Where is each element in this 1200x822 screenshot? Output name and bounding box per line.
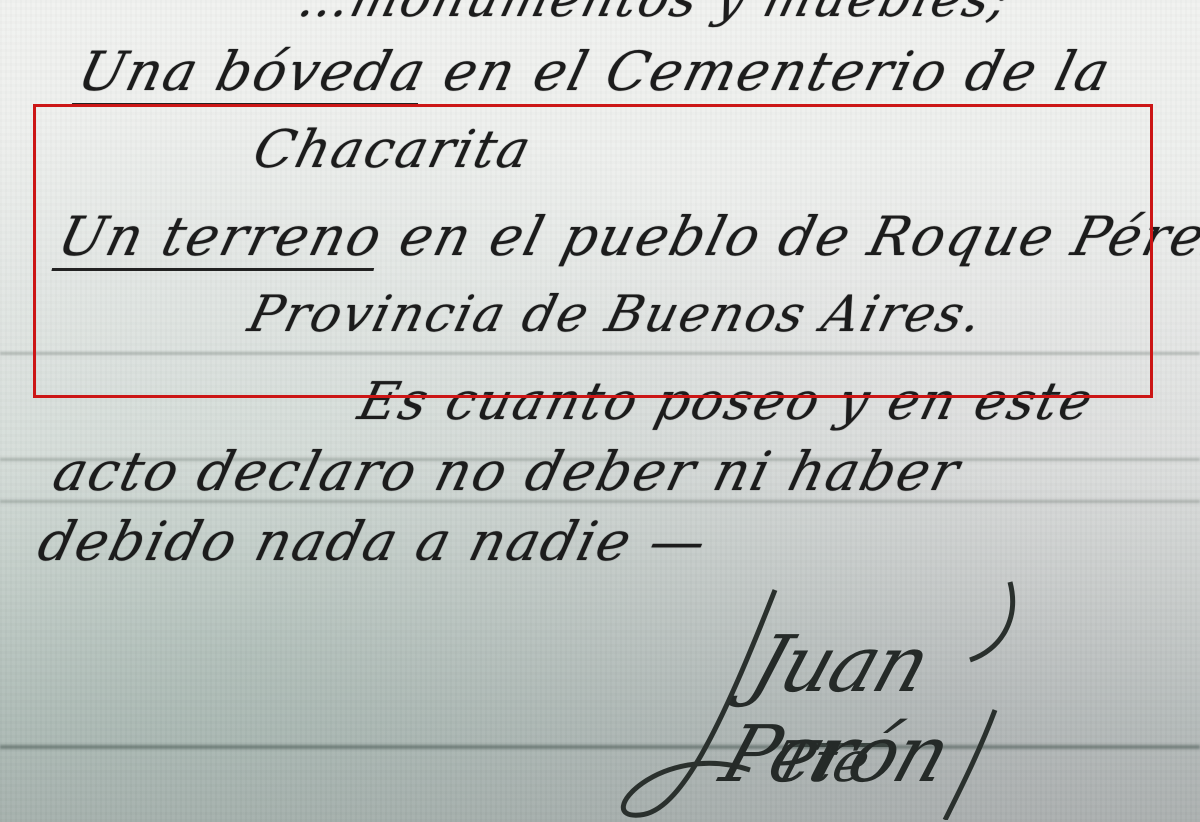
signature-name: Juan Perón — [711, 620, 1069, 800]
handwritten-line-nadie: debido nada a nadie — — [32, 510, 715, 573]
handwritten-line-declaro: acto declaro no deber ni haber — [47, 440, 967, 503]
red-highlight-box — [33, 104, 1153, 398]
handwritten-line-boveda: Una bóveda en el Cementerio de la — [72, 40, 1118, 103]
underlined-phrase: Una bóveda — [71, 40, 433, 106]
handwritten-line-partial: …monumentos y muebles; — [293, 0, 1018, 28]
signature: Juan Perón Tte — [600, 580, 1040, 820]
line-rest: en el Cementerio de la — [437, 40, 1118, 103]
